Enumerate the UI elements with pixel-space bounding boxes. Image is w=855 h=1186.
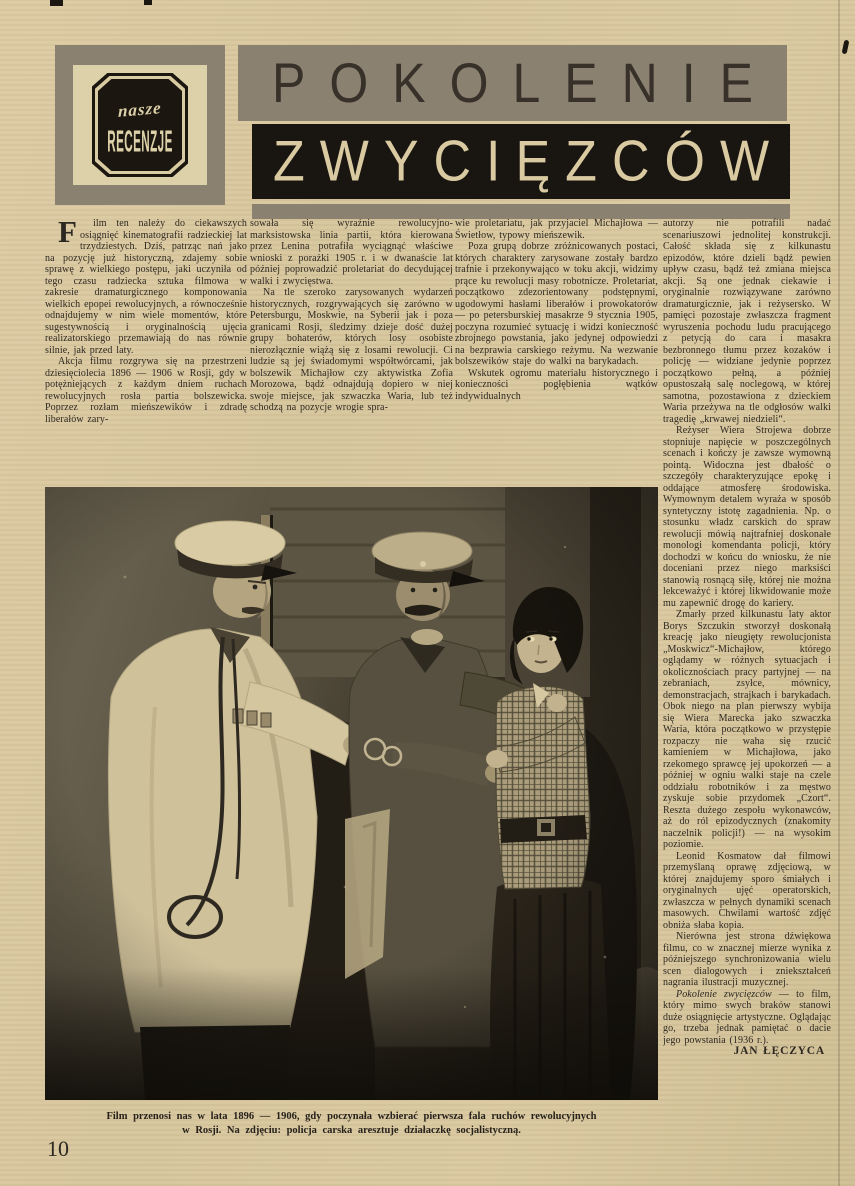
article-column-1: Film ten należy do ciekawszych osiągnięć… — [45, 218, 247, 490]
page-number: 10 — [47, 1136, 69, 1162]
paragraph: Zmarły przed kilkunastu laty aktor Borys… — [663, 609, 831, 851]
ink-speck — [144, 0, 152, 5]
paragraph: Akcja filmu rozgrywa się na przestrzeni … — [45, 356, 247, 425]
reviews-logo-panel: nasze RECENZJE — [73, 65, 207, 185]
paragraph: Leonid Kosmatow dał filmowi przemyślaną … — [663, 851, 831, 932]
paragraph: Poza grupą dobrze zróżnicowanych postaci… — [455, 241, 658, 368]
film-title-italic: Pokolenie zwycięzców — [676, 989, 772, 1000]
ink-speck — [842, 40, 850, 55]
paper-crease — [838, 0, 840, 1186]
reviews-logo-box: nasze RECENZJE — [55, 45, 225, 205]
paragraph: Pokolenie zwycięzców — to film, który mi… — [663, 989, 831, 1047]
article-column-4: autorzy nie potrafili nadać scenariuszow… — [663, 218, 831, 1143]
masthead-band-strip — [252, 204, 790, 219]
reviews-badge: nasze RECENZJE — [92, 73, 188, 177]
article-column-3: wie proletariatu, jak przyjaciel Michajł… — [455, 218, 658, 490]
reviews-badge-ring: nasze RECENZJE — [95, 76, 185, 174]
photo-caption-line2: w Rosji. Na zdjęciu: policja carska ares… — [45, 1124, 658, 1138]
article-title-line2: ZWYCIĘZCÓW — [273, 129, 784, 195]
badge-script-label: nasze — [118, 98, 162, 122]
reviews-badge-core: nasze RECENZJE — [98, 79, 182, 171]
paragraph: Na tle szeroko zarysowanych wydarzeń his… — [250, 287, 453, 414]
badge-caps-label: RECENZJE — [107, 125, 173, 160]
film-still-photo — [45, 487, 658, 1100]
article-title-line1: POKOLENIE — [272, 51, 777, 116]
paragraph: Nierówna jest strona dźwiękowa filmu, co… — [663, 931, 831, 989]
magazine-page: nasze RECENZJE POKOLENIE ZWYCIĘZCÓW Film… — [0, 0, 855, 1186]
paragraph: wie proletariatu, jak przyjaciel Michajł… — [455, 218, 658, 241]
article-column-2: sowała się wyraźnie rewolucyjno-marksist… — [250, 218, 453, 490]
paragraph: autorzy nie potrafili nadać scenariuszow… — [663, 218, 831, 425]
ink-speck — [50, 0, 63, 6]
paragraph: sowała się wyraźnie rewolucyjno-marksist… — [250, 218, 453, 287]
masthead-band-gray: POKOLENIE — [238, 45, 787, 121]
paragraph: Wskutek ogromu materiału historycznego i… — [455, 368, 658, 403]
byline: JAN ŁĘCZYCA — [663, 1046, 831, 1058]
film-still-illustration — [45, 487, 658, 1100]
drop-cap: F — [45, 218, 80, 245]
paragraph: Film ten należy do ciekawszych osiągnięć… — [45, 218, 247, 356]
masthead-band-black: ZWYCIĘZCÓW — [252, 124, 790, 199]
paragraph: Reżyser Wiera Strojewa dobrze stopniuje … — [663, 425, 831, 609]
photo-caption-line1: Film przenosi nas w lata 1896 — 1906, gd… — [45, 1110, 658, 1124]
photo-caption: Film przenosi nas w lata 1896 — 1906, gd… — [45, 1110, 658, 1138]
